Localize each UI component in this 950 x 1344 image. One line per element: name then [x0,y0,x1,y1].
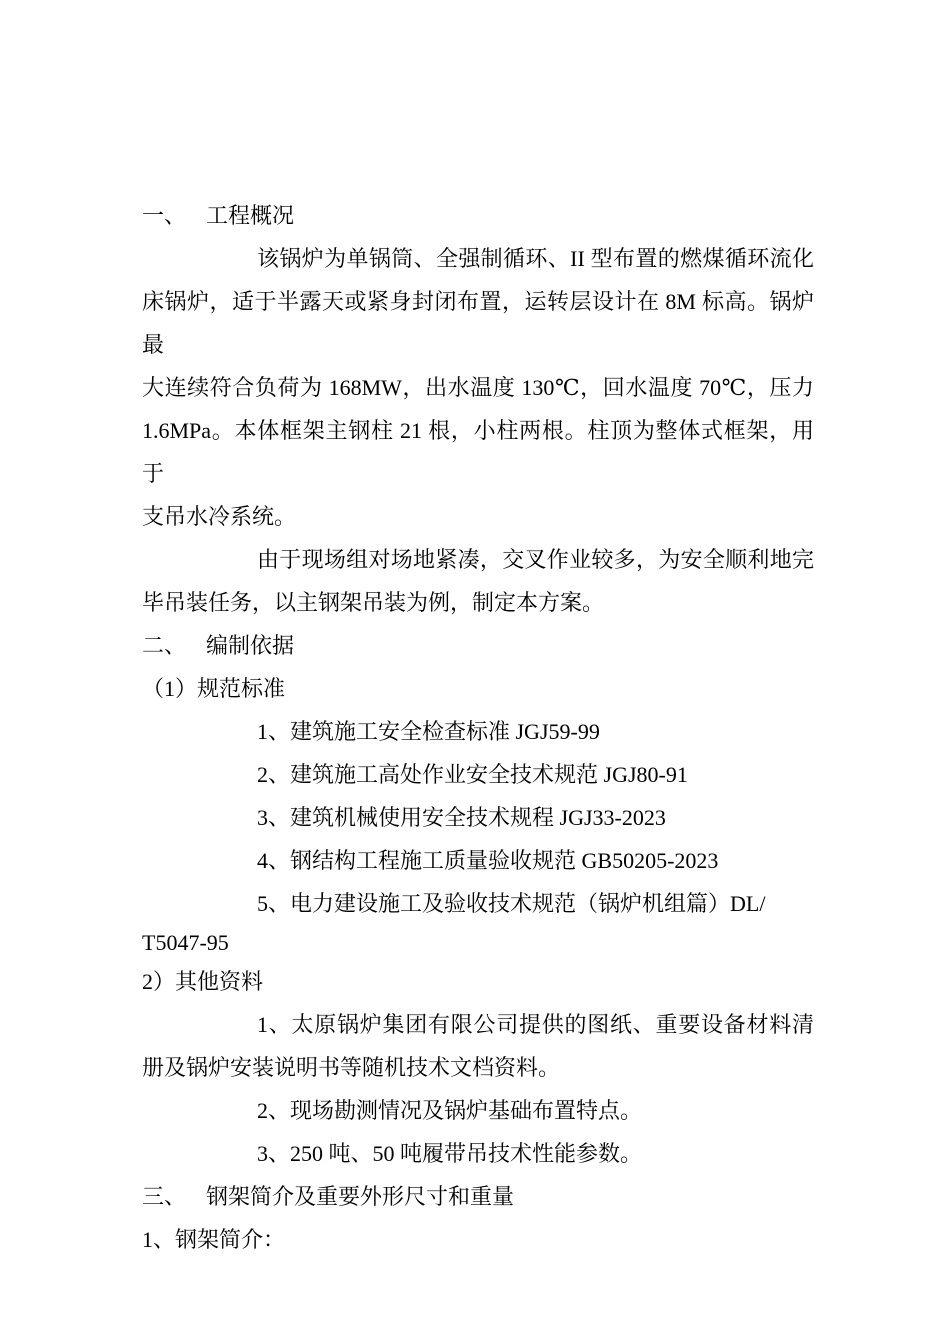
list-item: 3、250 吨、50 吨履带吊技术性能参数。 [142,1132,814,1175]
document-page: 一、工程概况 该锅炉为单锅筒、全强制循环、II 型布置的燃煤循环流化 床锅炉，适… [0,0,950,1344]
section-heading-2-title: 编制依据 [206,633,294,658]
list-item: 1、太原锅炉集团有限公司提供的图纸、重要设备材料清 [142,1003,814,1046]
section-heading-3-number: 三、 [142,1175,206,1218]
list-item: 5、电力建设施工及验收技术规范（锅炉机组篇）DL/ [142,882,814,925]
list-item: 2、现场勘测情况及锅炉基础布置特点。 [142,1089,814,1132]
doc-line: 支吊水冷系统。 [142,495,814,538]
doc-line: 床锅炉，适于半露天或紧身封闭布置，运转层设计在 8M 标高。锅炉最 [142,280,814,366]
list-item: 3、建筑机械使用安全技术规程 JGJ33-2023 [142,796,814,839]
doc-line: 该锅炉为单锅筒、全强制循环、II 型布置的燃煤循环流化 [142,237,814,280]
list-item: 4、钢结构工程施工质量验收规范 GB50205-2023 [142,839,814,882]
subsection-label: 1、钢架简介： [142,1218,814,1261]
doc-line: T5047-95 [142,925,814,960]
subsection-label: 2）其他资料 [142,960,814,1003]
section-heading-2: 二、编制依据 [142,624,814,667]
section-heading-2-number: 二、 [142,624,206,667]
list-item: 1、建筑施工安全检查标准 JGJ59-99 [142,710,814,753]
section-heading-3-title: 钢架简介及重要外形尺寸和重量 [206,1184,514,1209]
section-heading-1-title: 工程概况 [206,203,294,228]
subsection-label: （1）规范标准 [142,667,814,710]
doc-line: 册及锅炉安装说明书等随机技术文档资料。 [142,1046,814,1089]
doc-line: 毕吊装任务，以主钢架吊装为例，制定本方案。 [142,581,814,624]
section-heading-1-number: 一、 [142,194,206,237]
section-heading-3: 三、钢架简介及重要外形尺寸和重量 [142,1175,814,1218]
doc-line: 由于现场组对场地紧凑，交叉作业较多，为安全顺利地完 [142,538,814,581]
list-item: 2、建筑施工高处作业安全技术规范 JGJ80-91 [142,753,814,796]
section-heading-1: 一、工程概况 [142,194,814,237]
doc-line: 大连续符合负荷为 168MW，出水温度 130℃，回水温度 70℃，压力 [142,366,814,409]
doc-line: 1.6MPa。本体框架主钢柱 21 根，小柱两根。柱顶为整体式框架，用于 [142,409,814,495]
